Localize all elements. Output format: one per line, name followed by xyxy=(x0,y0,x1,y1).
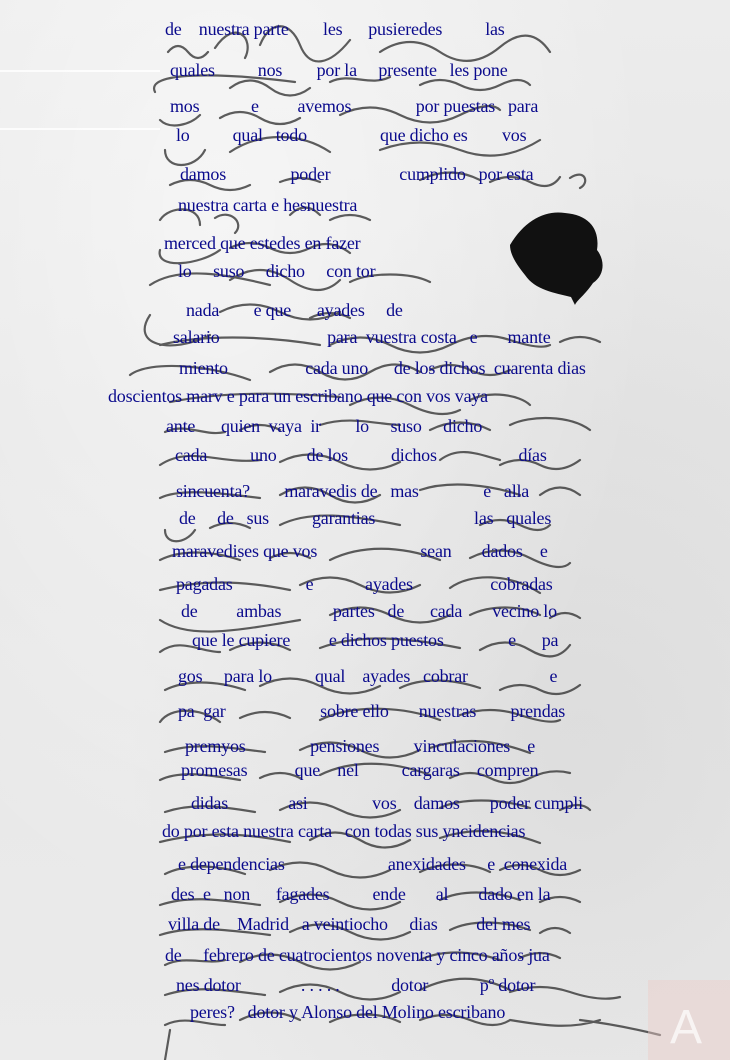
transcription-line: didas asi vos damos poder cumpli xyxy=(191,793,583,813)
transcription-line: merced que estedes en fazer xyxy=(164,233,360,253)
transcription-line: de ambas partes de cada vecino lo xyxy=(181,601,557,621)
transcription-line: maravedises que vos sean dados e xyxy=(172,541,548,561)
transcription-line: peres? dotor y Alonso del Molino escriba… xyxy=(190,1002,505,1022)
corner-watermark: A xyxy=(648,980,730,1060)
transcription-line: de de sus garantias las quales xyxy=(179,508,551,528)
ink-blot xyxy=(505,205,615,305)
transcription-line: nes dotor . . . . . dotor pº dotor xyxy=(176,975,535,995)
transcription-line: doscientos marv e para un escribano que … xyxy=(108,386,488,406)
transcription-line: e dependencias anexidades e conexida xyxy=(178,854,567,874)
transcription-line: que le cupiere e dichos puestos e pa xyxy=(192,630,558,650)
transcription-line: nada e que ayades de xyxy=(186,300,403,320)
transcription-line: lo suso dicho con tor xyxy=(178,261,375,281)
transcription-line: quales nos por la presente les pone xyxy=(170,60,508,80)
transcription-line: lo qual todo que dicho es vos xyxy=(176,125,526,145)
transcription-line: premyos pensiones vinculaciones e xyxy=(185,736,535,756)
transcription-line: gos para lo qual ayades cobrar e xyxy=(178,666,557,686)
transcription-line: promesas que nel cargaras compren xyxy=(181,760,538,780)
manuscript-page: A de nuestra parte les pusieredes lasqua… xyxy=(0,0,730,1060)
transcription-line: ante quien vaya ir lo suso dicho xyxy=(166,416,482,436)
transcription-line: de febrero de cuatrocientos noventa y ci… xyxy=(165,945,550,965)
transcription-line: salario para vuestra costa e mante xyxy=(173,327,551,347)
transcription-line: sincuenta? maravedis de mas e alla xyxy=(176,481,529,501)
watermark-letter: A xyxy=(670,1000,702,1055)
transcription-line: villa de Madrid a veintiocho dias del me… xyxy=(168,914,530,934)
transcription-line: mos e avemos por puestas para xyxy=(170,96,538,116)
transcription-line: pa gar sobre ello nuestras prendas xyxy=(178,701,565,721)
transcription-line: do por esta nuestra carta con todas sus … xyxy=(162,821,525,841)
transcription-line: pagadas e ayades cobradas xyxy=(176,574,553,594)
transcription-line: des e non fagades ende al dado en la xyxy=(171,884,550,904)
transcription-line: de nuestra parte les pusieredes las xyxy=(165,19,505,39)
transcription-line: miento cada uno de los dichos cuarenta d… xyxy=(179,358,586,378)
transcription-line: nuestra carta e hesnuestra xyxy=(178,195,357,215)
transcription-line: cada uno de los dichos días xyxy=(175,445,547,465)
transcription-line: damos poder cumplido por esta xyxy=(180,164,533,184)
